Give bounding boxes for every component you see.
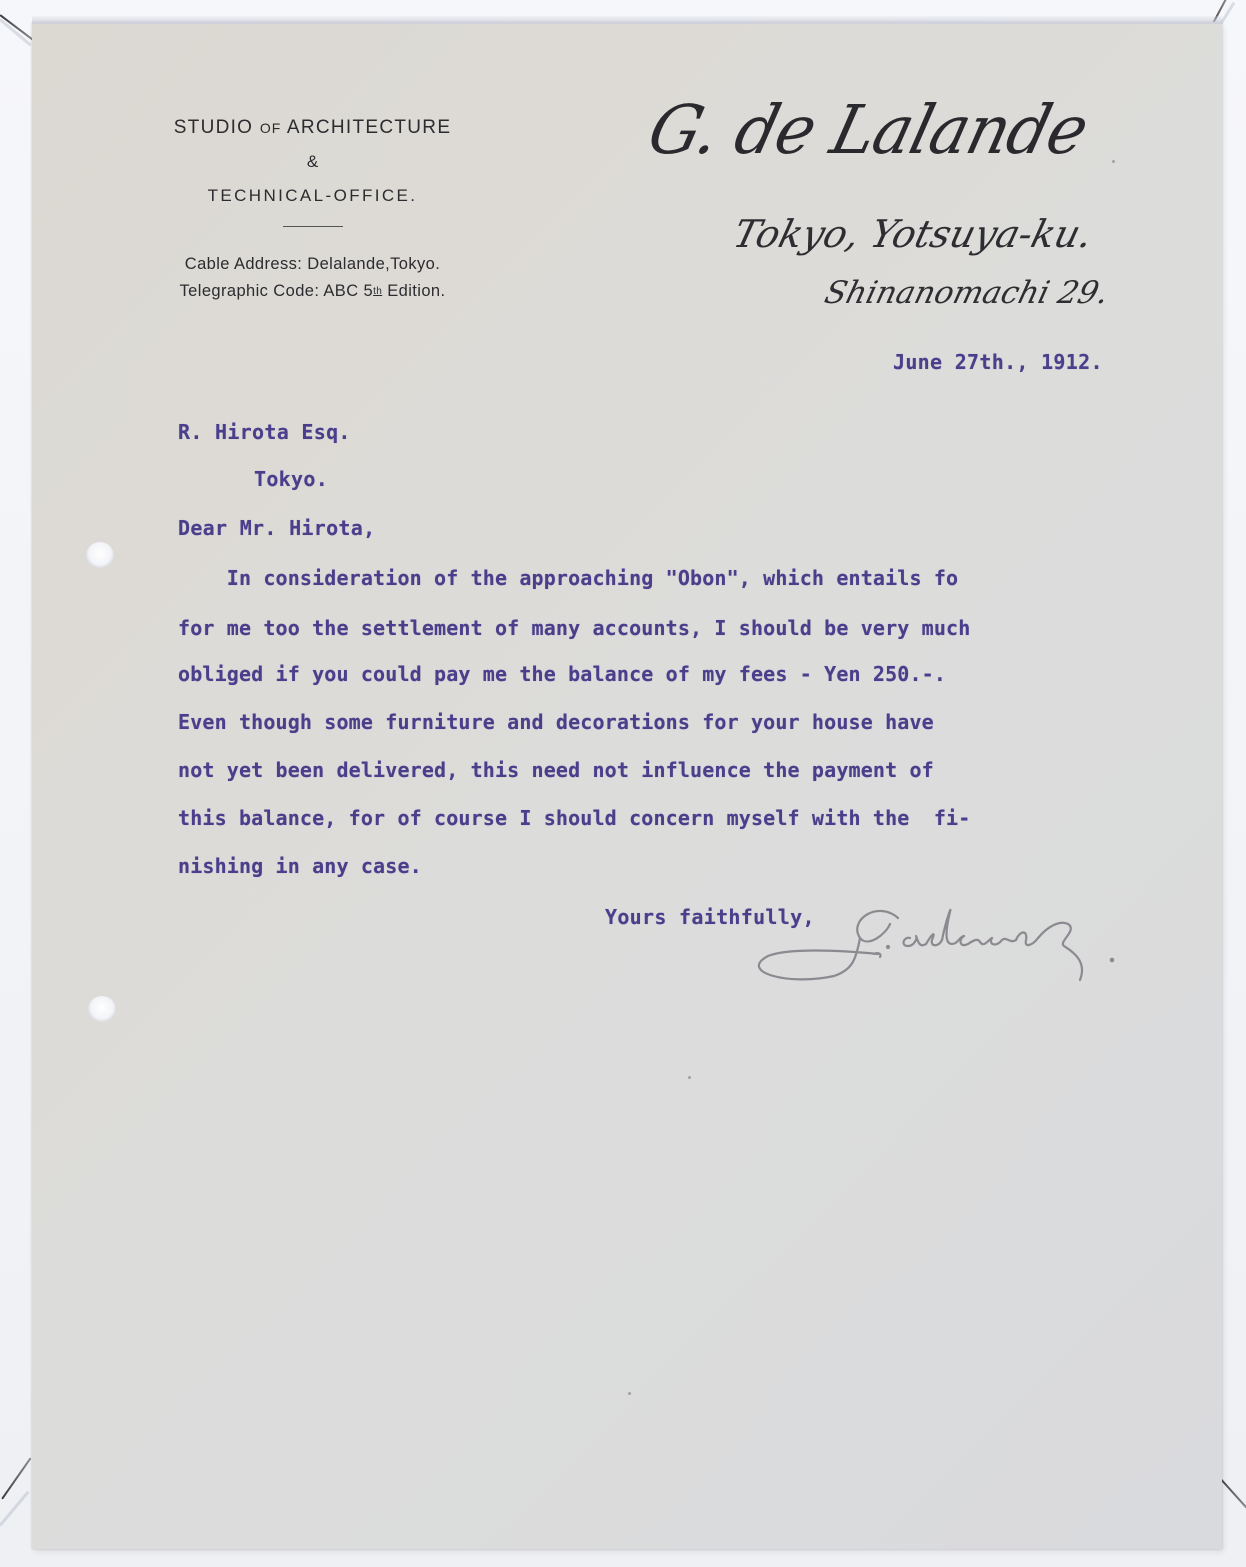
recipient-name: R. Hirota Esq. <box>178 420 351 444</box>
recipient-city: Tokyo. <box>254 467 328 491</box>
paper-speck <box>688 1076 691 1079</box>
telegraphic-code-prefix: Telegraphic Code: ABC 5 <box>180 282 374 300</box>
address-city-script: Tokyo, Yotsuya-ku. <box>729 212 1097 256</box>
letterhead-name-block: G. de Lalande Tokyo, Yotsuya-ku. Shinano… <box>640 92 1140 322</box>
telegraphic-code-suffix: Edition. <box>382 282 445 300</box>
body-line: Even though some furniture and decoratio… <box>178 710 934 734</box>
studio-of-word: OF <box>260 120 281 136</box>
salutation: Dear Mr. Hirota, <box>178 516 375 540</box>
technical-office-title: TECHNICAL-OFFICE. <box>140 183 485 209</box>
body-line: In consideration of the approaching "Obo… <box>178 566 958 590</box>
signature-stroke-icon <box>748 890 1128 1000</box>
body-line: for me too the settlement of many accoun… <box>178 616 970 640</box>
punch-hole-upper <box>86 542 114 568</box>
studio-ampersand: & <box>140 149 485 175</box>
letterhead-studio-block: STUDIO OF ARCHITECTURE & TECHNICAL-OFFIC… <box>140 115 485 305</box>
body-line: obliged if you could pay me the balance … <box>178 662 946 686</box>
architect-name-script: G. de Lalande <box>641 92 1095 170</box>
letterhead-divider <box>283 226 343 227</box>
body-line: nishing in any case. <box>178 854 422 878</box>
telegraphic-code: Telegraphic Code: ABC 5th Edition. <box>140 278 485 305</box>
studio-word: STUDIO <box>174 117 254 138</box>
architecture-word: ARCHITECTURE <box>287 117 451 138</box>
paper-speck <box>628 1392 631 1395</box>
address-street-script: Shinanomachi 29. <box>821 275 1112 311</box>
studio-title: STUDIO OF ARCHITECTURE <box>140 115 485 141</box>
telegraphic-code-ordinal: th <box>373 286 382 297</box>
body-line: this balance, for of course I should con… <box>178 806 970 830</box>
handwritten-signature <box>748 890 1128 1000</box>
punch-hole-lower <box>88 996 116 1022</box>
cable-address: Cable Address: Delalande,Tokyo. <box>140 251 485 278</box>
body-line: not yet been delivered, this need not in… <box>178 758 934 782</box>
letterhead-contact: Cable Address: Delalande,Tokyo. Telegrap… <box>140 251 485 305</box>
letter-date: June 27th., 1912. <box>893 350 1103 374</box>
